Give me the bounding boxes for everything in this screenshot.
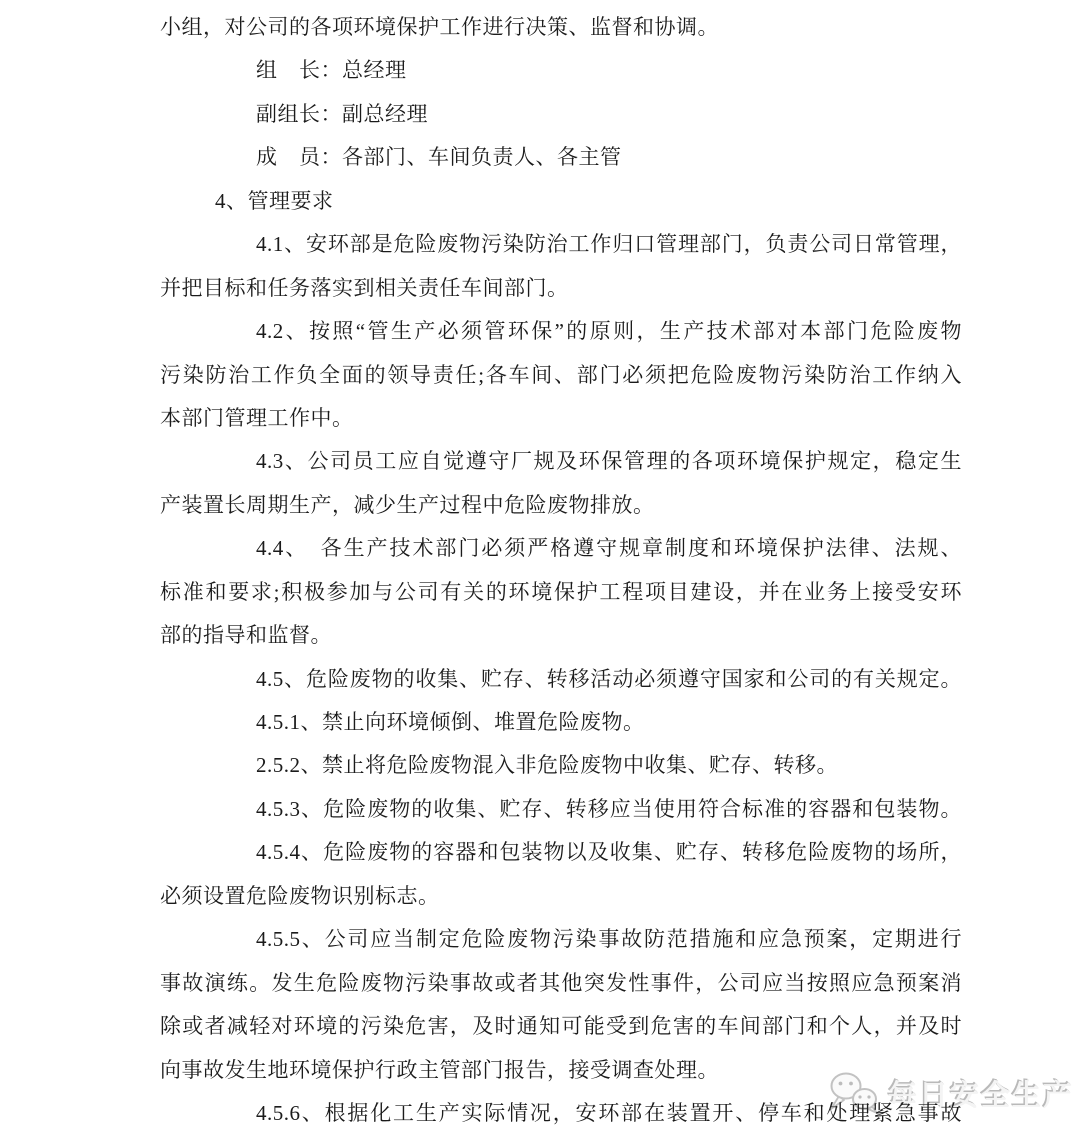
document-line: 事故演练。发生危险废物污染事故或者其他突发性事件，公司应当按照应急预案消 (160, 962, 962, 1005)
document-line: 4.5.5、公司应当制定危险废物污染事故防范措施和应急预案，定期进行 (160, 918, 962, 961)
document-line: 必须设置危险废物识别标志。 (160, 875, 962, 918)
document-line: 4.5.1、禁止向环境倾倒、堆置危险废物。 (160, 701, 962, 744)
document-line: 4.1、安环部是危险废物污染防治工作归口管理部门，负责公司日常管理， (160, 223, 962, 266)
document-line: 2.5.2、禁止将危险废物混入非危险废物中收集、贮存、转移。 (160, 744, 962, 787)
document-line: 副组长：副总经理 (160, 93, 962, 136)
document-line: 4.3、公司员工应自觉遵守厂规及环保管理的各项环境保护规定，稳定生 (160, 440, 962, 483)
document-line: 产装置长周期生产，减少生产过程中危险废物排放。 (160, 484, 962, 527)
document-line: 并把目标和任务落实到相关责任车间部门。 (160, 267, 962, 310)
document-line: 部的指导和监督。 (160, 614, 962, 657)
document-line: 除或者减轻对环境的污染危害，及时通知可能受到危害的车间部门和个人，并及时 (160, 1005, 962, 1048)
document-line: 标准和要求;积极参加与公司有关的环境保护工程项目建设，并在业务上接受安环 (160, 571, 962, 614)
document-line: 4.5.6、根据化工生产实际情况，安环部在装置开、停车和处理紧急事故 (160, 1092, 962, 1135)
document-line: 成 员：各部门、车间负责人、各主管 (160, 136, 962, 179)
document-body: 小组，对公司的各项环境保护工作进行决策、监督和协调。组 长：总经理副组长：副总经… (160, 6, 962, 1135)
document-line: 本部门管理工作中。 (160, 397, 962, 440)
document-line: 小组，对公司的各项环境保护工作进行决策、监督和协调。 (160, 6, 962, 49)
document-line: 向事故发生地环境保护行政主管部门报告，接受调查处理。 (160, 1049, 962, 1092)
document-line: 4.2、按照“管生产必须管环保”的原则，生产技术部对本部门危险废物 (160, 310, 962, 353)
document-line: 4.5.3、危险废物的收集、贮存、转移应当使用符合标准的容器和包装物。 (160, 788, 962, 831)
document-line: 4.4、 各生产技术部门必须严格遵守规章制度和环境保护法律、法规、 (160, 527, 962, 570)
document-line: 污染防治工作负全面的领导责任;各车间、部门必须把危险废物污染防治工作纳入 (160, 354, 962, 397)
document-line: 4、管理要求 (160, 180, 962, 223)
document-line: 4.5.4、危险废物的容器和包装物以及收集、贮存、转移危险废物的场所， (160, 831, 962, 874)
document-line: 组 长：总经理 (160, 49, 962, 92)
document-line: 4.5、危险废物的收集、贮存、转移活动必须遵守国家和公司的有关规定。 (160, 658, 962, 701)
